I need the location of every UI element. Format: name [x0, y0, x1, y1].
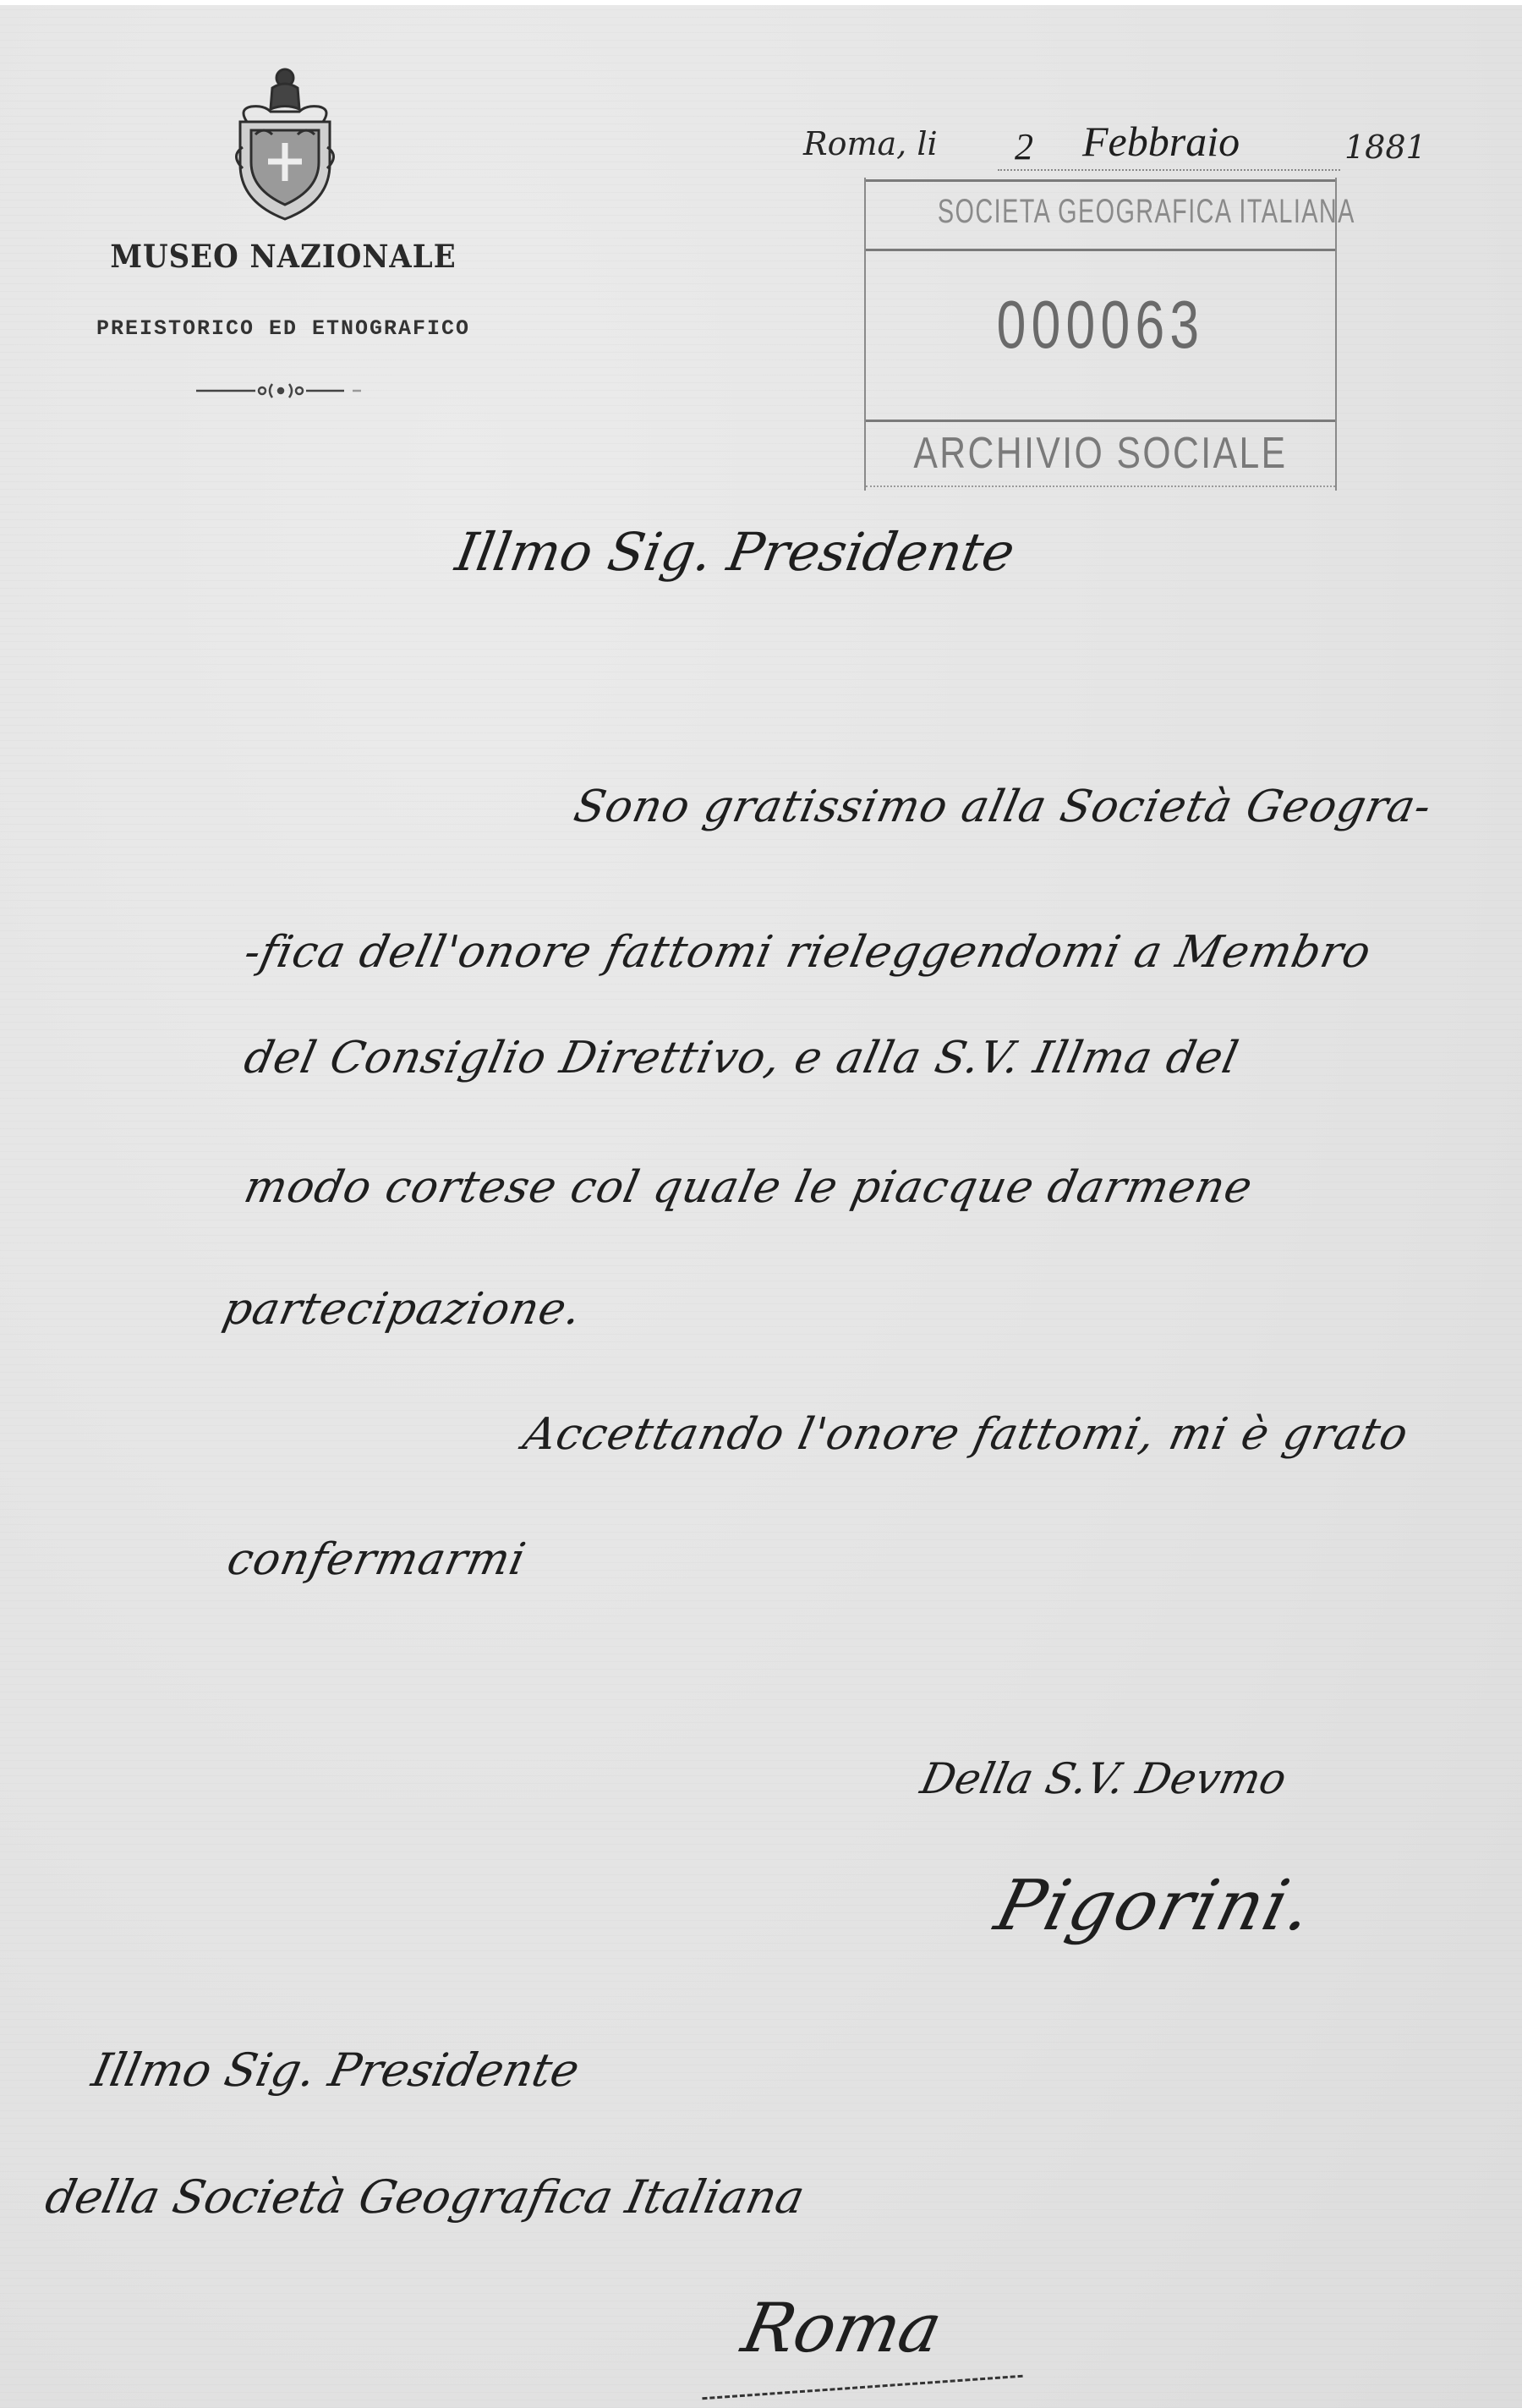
body-line: Sono gratissimo alla Società Geogra- — [570, 782, 1437, 832]
dateline: Roma, li 2 Febbraio 1881 — [803, 113, 1446, 181]
stamp-number: 000063 — [917, 286, 1284, 364]
flourish-divider-icon — [196, 381, 365, 401]
address-underline — [702, 2375, 1022, 2400]
body-line: Accettando l'onore fattomi, mi è grato — [519, 1409, 1413, 1460]
closing: Della S.V. Devmo — [917, 1754, 1291, 1803]
address-line: Illmo Sig. Presidente — [87, 2043, 583, 2097]
salutation: Illmo Sig. Presidente — [452, 521, 1020, 583]
letterhead-title: MUSEO NAZIONALE — [85, 239, 482, 276]
stamp-archive-label: ARCHIVIO SOCIALE — [908, 428, 1293, 479]
stamp-rule — [866, 249, 1335, 251]
date-year: 1881 — [1344, 129, 1426, 166]
letter-sheet: MUSEO NAZIONALE PREISTORICO ED ETNOGRAFI… — [0, 5, 1522, 2408]
body-line: partecipazione. — [219, 1284, 587, 1335]
body-line: modo cortese col quale le piacque darmen… — [240, 1162, 1257, 1213]
address-line: della Società Geografica Italiana — [41, 2170, 809, 2224]
date-place: Roma, li — [803, 125, 938, 162]
royal-coat-of-arms-icon — [222, 63, 348, 223]
body-line: -fica dell'onore fattomi rieleggendomi a… — [240, 927, 1376, 978]
stamp-organization: SOCIETA GEOGRAFICA ITALIANA — [938, 193, 1263, 231]
letterhead-subtitle: PREISTORICO ED ETNOGRAFICO — [25, 316, 541, 341]
archive-stamp: SOCIETA GEOGRAFICA ITALIANA 000063 ARCHI… — [864, 178, 1337, 491]
date-dotted-rule — [998, 169, 1340, 171]
stamp-rule — [866, 179, 1335, 182]
address-city: Roma — [736, 2289, 949, 2367]
date-month: Febbraio — [1082, 117, 1240, 166]
signature: Pigorini. — [988, 1866, 1322, 1946]
body-line: del Consiglio Direttivo, e alla S.V. Ill… — [240, 1033, 1244, 1083]
stamp-rule — [866, 420, 1335, 422]
stamp-rule — [866, 485, 1335, 487]
date-day: 2 — [1015, 125, 1033, 168]
body-line: confermarmi — [223, 1534, 531, 1585]
